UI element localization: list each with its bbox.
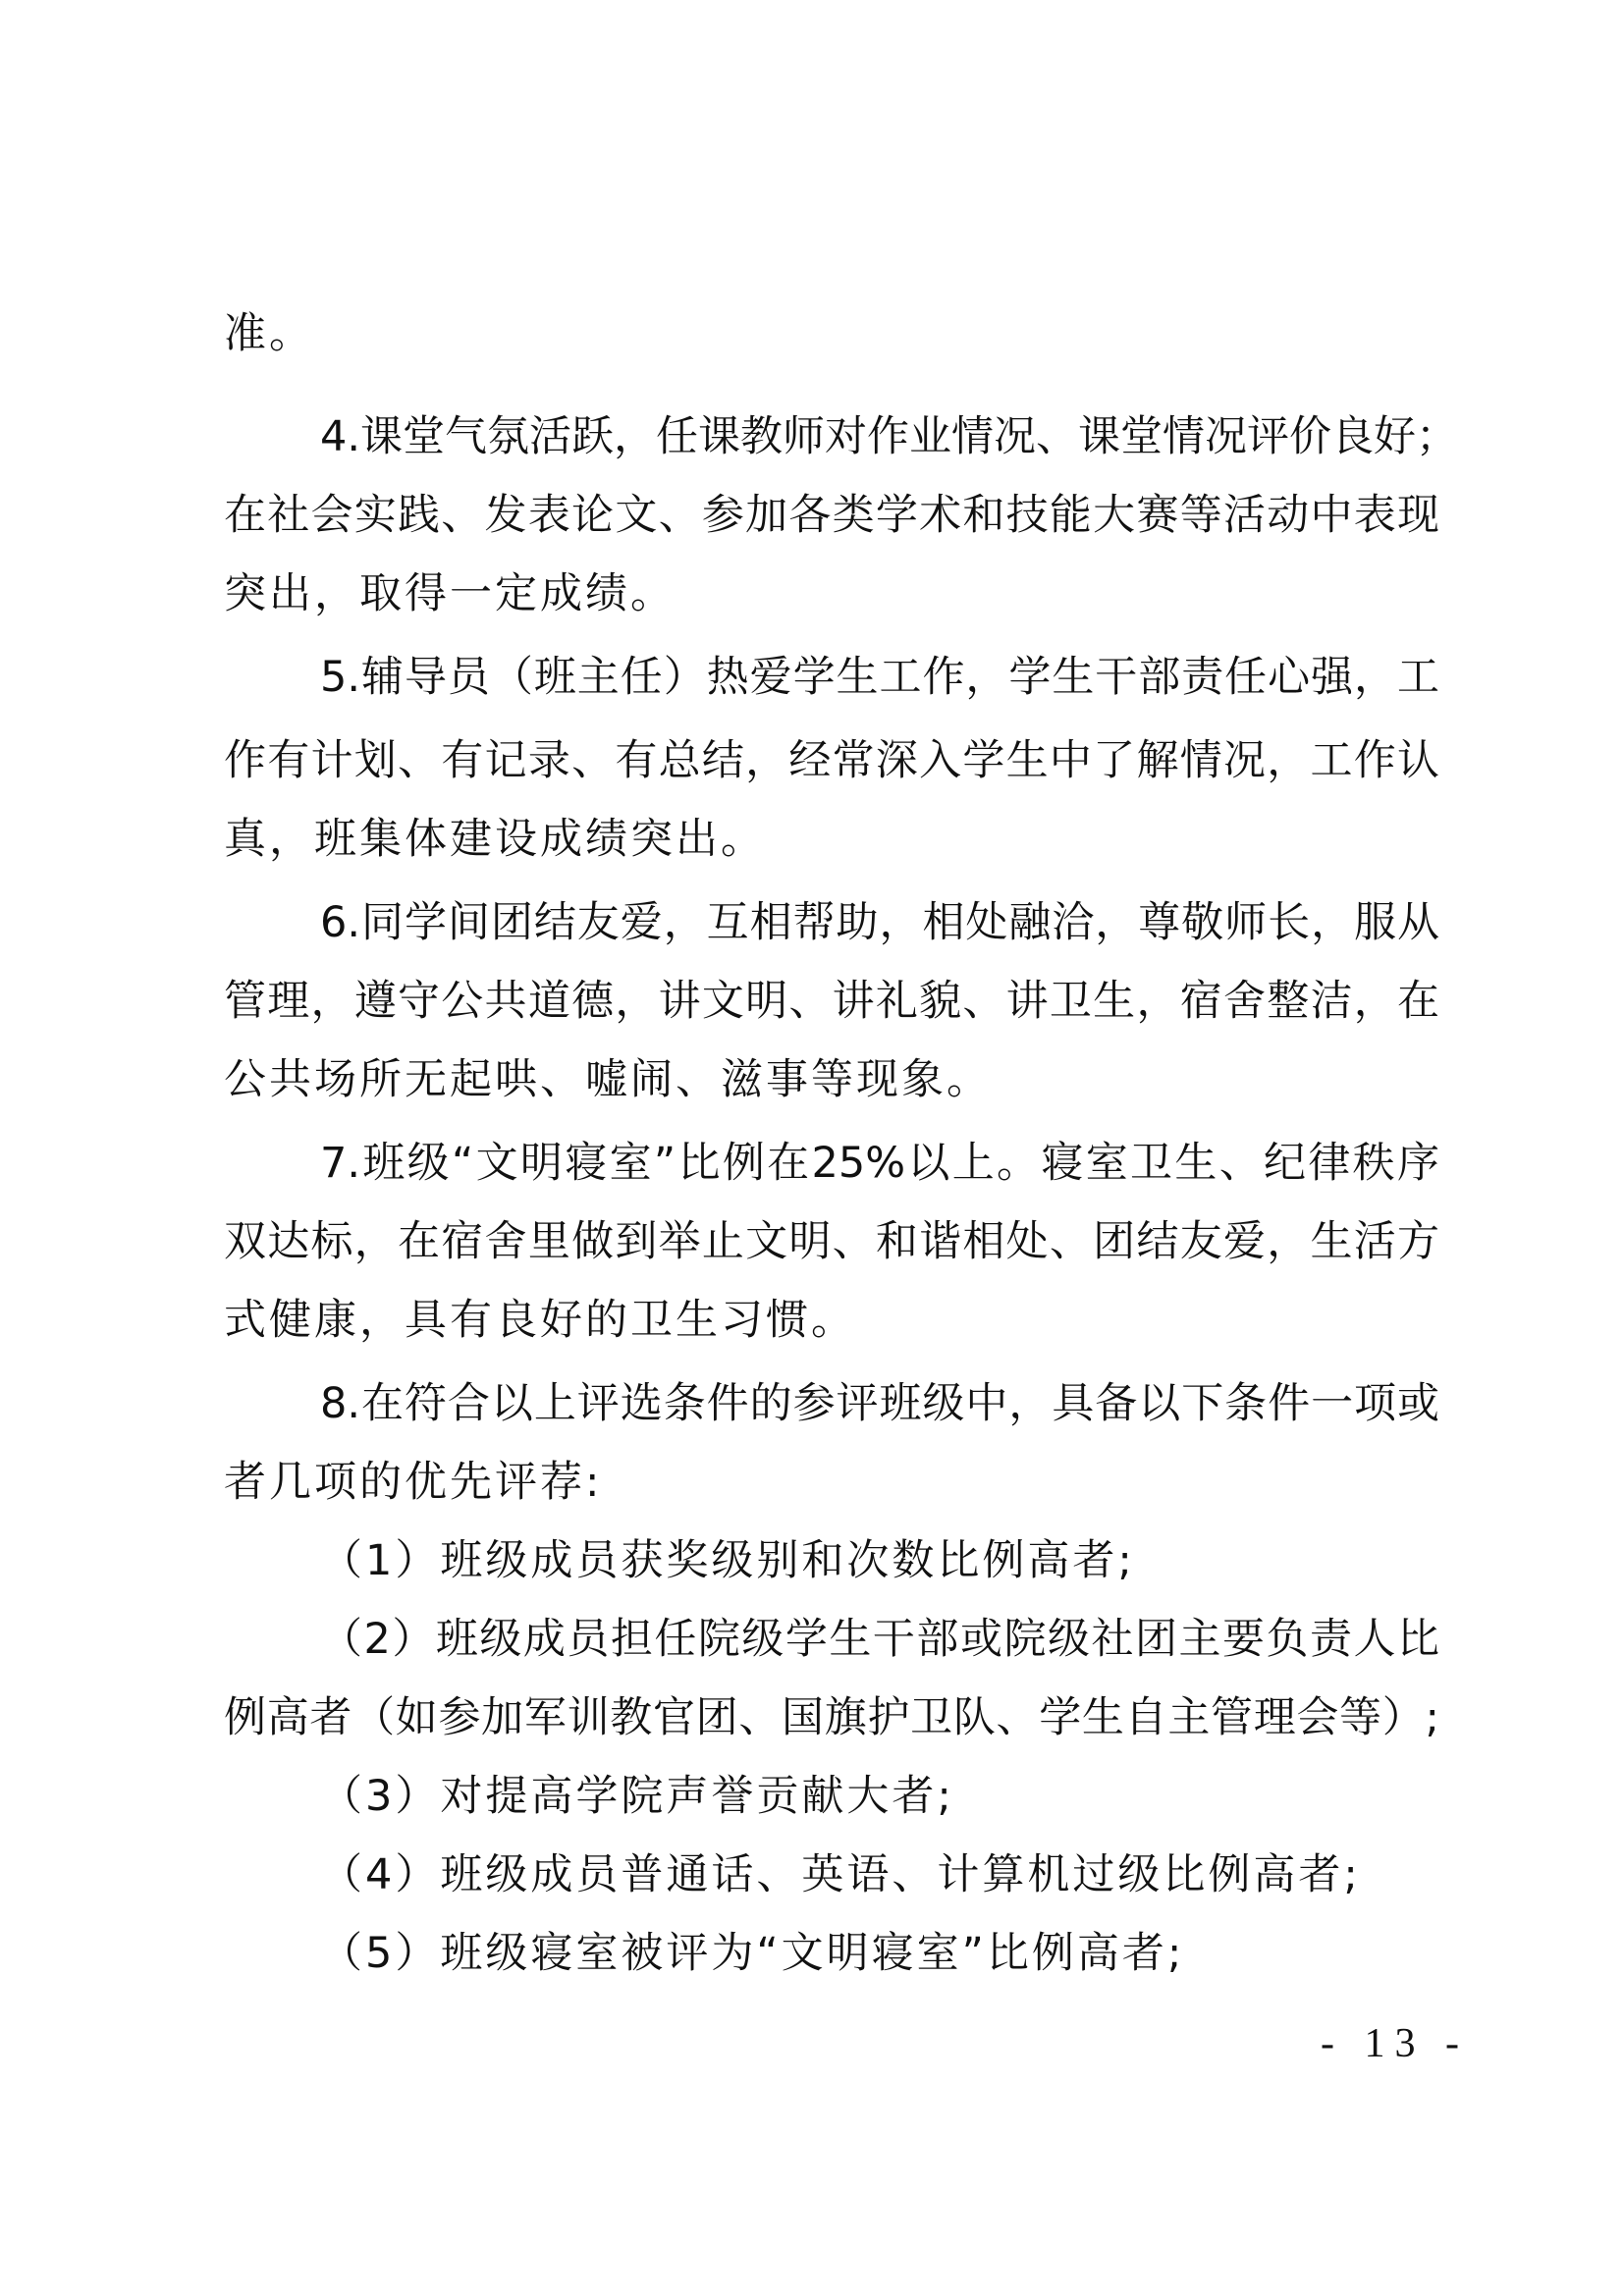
page-number: - 13 - (1321, 2020, 1469, 2067)
text-line: 作有计划、有记录、有总结，经常深入学生中了解情况，工作认 (224, 731, 1439, 790)
text-line: 公共场所无起哄、嘘闹、滋事等现象。 (224, 1050, 1441, 1109)
text-line: 7.班级“文明寝室”比例在25%以上。寝室卫生、纪律秩序 (320, 1134, 1439, 1193)
text-line: 双达标，在宿舍里做到举止文明、和谐相处、团结友爱，生活方 (224, 1212, 1439, 1271)
text-line: 突出，取得一定成绩。 (224, 564, 1441, 623)
list-item: （5）班级寝室被评为“文明寝室”比例高者; (320, 1924, 1538, 1983)
text-line: 6.同学间团结友爱，互相帮助，相处融洽，尊敬师长，服从 (320, 893, 1439, 952)
list-item: （2）班级成员担任院级学生干部或院级社团主要负责人比 (320, 1610, 1439, 1669)
text-line: 在社会实践、发表论文、参加各类学术和技能大赛等活动中表现 (224, 486, 1439, 545)
text-line: 8.在符合以上评选条件的参评班级中，具备以下条件一项或 (320, 1374, 1439, 1433)
text-line: 准。 (224, 304, 1441, 363)
text-line: 者几项的优先评荐: (224, 1453, 1441, 1512)
list-item: （3）对提高学院声誉贡献大者; (320, 1767, 1538, 1826)
text-line: 管理，遵守公共道德，讲文明、讲礼貌、讲卫生，宿舍整洁，在 (224, 972, 1439, 1031)
text-line: 例高者（如参加军训教官团、国旗护卫队、学生自主管理会等）; (224, 1688, 1439, 1747)
text-line: 真，班集体建设成绩突出。 (224, 810, 1441, 869)
text-line: 4.课堂气氛活跃，任课教师对作业情况、课堂情况评价良好； (320, 407, 1439, 466)
text-line: 式健康，具有良好的卫生习惯。 (224, 1291, 1441, 1350)
list-item: （4）班级成员普通话、英语、计算机过级比例高者; (320, 1845, 1538, 1904)
list-item: （1）班级成员获奖级别和次数比例高者; (320, 1531, 1538, 1590)
text-line: 5.辅导员（班主任）热爱学生工作，学生干部责任心强，工 (320, 648, 1439, 707)
